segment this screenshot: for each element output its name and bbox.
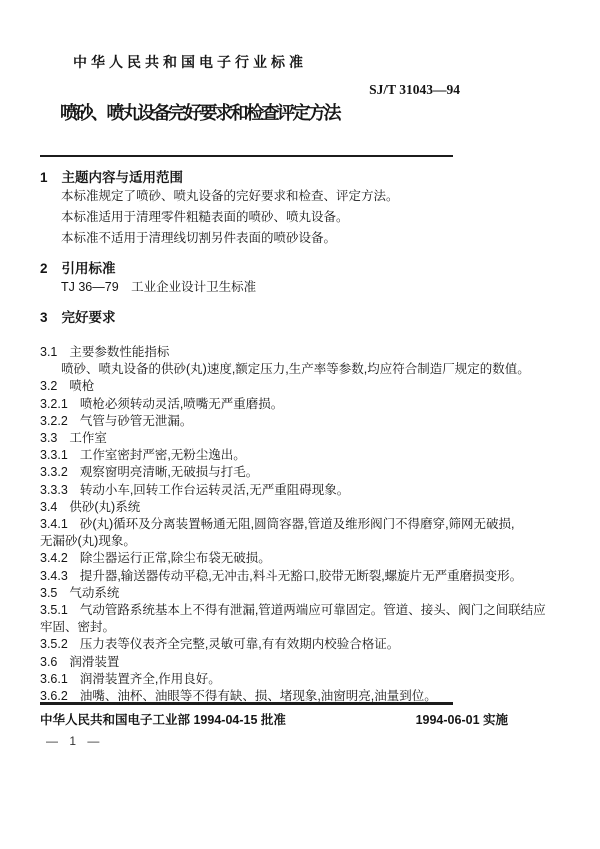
section-number: 3 <box>40 310 48 325</box>
document-title: 喷砂、喷丸设备完好要求和检查评定方法 <box>60 99 339 125</box>
document-page: 中华人民共和国电子行业标准 SJ/T 31043—94 喷砂、喷丸设备完好要求和… <box>0 0 600 849</box>
clause-number: 3.5 <box>40 586 57 600</box>
clause-3-5-1: 3.5.1气动管路系统基本上不得有泄漏,管道两端应可靠固定。管道、接头、阀门之间… <box>40 602 530 619</box>
clause-number: 3.3.2 <box>40 465 68 479</box>
clause-text: 润滑装置齐全,作用良好。 <box>80 672 221 686</box>
clause-3-6-1: 3.6.1润滑装置齐全,作用良好。 <box>40 671 530 688</box>
section-number: 1 <box>40 170 48 185</box>
clause-number: 3.4.1 <box>40 517 68 531</box>
clause-3-5-1-continuation: 牢固、密封。 <box>40 619 530 636</box>
footer-divider-rule <box>40 702 453 705</box>
clause-3-3-2: 3.3.2观察窗明亮清晰,无破损与打毛。 <box>40 464 530 481</box>
clause-number: 3.5.1 <box>40 603 68 617</box>
clause-number: 3.2.1 <box>40 397 68 411</box>
clause-3-1: 3.1主要参数性能指标 <box>40 344 530 361</box>
clause-paragraph: 喷砂、喷丸设备的供砂(丸)速度,额定压力,生产率等参数,均应符合制造厂规定的数值… <box>40 361 530 378</box>
approval-text: 中华人民共和国电子工业部 1994-04-15 批准 <box>40 710 286 728</box>
clause-number: 3.3.3 <box>40 483 68 497</box>
clause-text: 喷枪必须转动灵活,喷嘴无严重磨损。 <box>80 397 283 411</box>
clause-text: 气管与砂管无泄漏。 <box>80 414 193 428</box>
clause-text: 工作室 <box>69 431 107 445</box>
clause-number: 3.2.2 <box>40 414 68 428</box>
clause-3-4-1: 3.4.1砂(丸)循环及分离装置畅通无阻,圆筒容器,管道及维形阀门不得磨穿,筛网… <box>40 516 530 533</box>
clause-text: 转动小车,回转工作台运转灵活,无严重阻碍现象。 <box>80 483 349 497</box>
clause-text: 压力表等仪表齐全完整,灵敏可靠,有有效期内校验合格证。 <box>80 637 399 651</box>
clause-number: 3.4.2 <box>40 551 68 565</box>
clause-3-2-2: 3.2.2气管与砂管无泄漏。 <box>40 413 530 430</box>
paragraph: 本标准规定了喷砂、喷丸设备的完好要求和检查、评定方法。 <box>40 186 530 207</box>
clause-number: 3.6.1 <box>40 672 68 686</box>
section-heading-text: 完好要求 <box>62 310 116 325</box>
clause-3-2: 3.2喷枪 <box>40 378 530 395</box>
clause-text: 气动系统 <box>69 586 119 600</box>
clause-number: 3.6.2 <box>40 689 68 703</box>
clause-number: 3.4.3 <box>40 569 68 583</box>
clause-3-2-1: 3.2.1喷枪必须转动灵活,喷嘴无严重磨损。 <box>40 396 530 413</box>
clause-number: 3.5.2 <box>40 637 68 651</box>
clause-3-4-2: 3.4.2除尘器运行正常,除尘布袋无破损。 <box>40 550 530 567</box>
section-3-heading: 3完好要求 <box>40 309 530 326</box>
paragraph: 本标准不适用于清理线切割另件表面的喷砂设备。 <box>40 228 530 249</box>
paragraph: 本标准适用于清理零件粗糙表面的喷砂、喷丸设备。 <box>40 207 530 228</box>
standard-number: SJ/T 31043—94 <box>40 82 460 98</box>
clause-3-5-2: 3.5.2压力表等仪表齐全完整,灵敏可靠,有有效期内校验合格证。 <box>40 636 530 653</box>
clause-3-4-1-continuation: 无漏砂(丸)现象。 <box>40 533 530 550</box>
section-1-heading: 1主题内容与适用范围 <box>40 169 530 186</box>
section-heading-text: 引用标准 <box>62 261 116 276</box>
clause-text: 油嘴、油杯、油眼等不得有缺、损、堵现象,油窗明亮,油量到位。 <box>80 689 437 703</box>
clause-number: 3.3 <box>40 431 57 445</box>
clause-3-6: 3.6润滑装置 <box>40 654 530 671</box>
clause-text: 供砂(丸)系统 <box>69 500 140 514</box>
clause-3-5: 3.5气动系统 <box>40 585 530 602</box>
referenced-standard: TJ 36—79 工业企业设计卫生标准 <box>40 277 530 298</box>
clause-3-4: 3.4供砂(丸)系统 <box>40 499 530 516</box>
header-divider-rule <box>40 155 453 157</box>
footer: 中华人民共和国电子工业部 1994-04-15 批准 1994-06-01 实施 <box>40 710 508 728</box>
section-2-heading: 2引用标准 <box>40 260 530 277</box>
clause-text: 工作室密封严密,无粉尘逸出。 <box>80 448 246 462</box>
clause-number: 3.6 <box>40 655 57 669</box>
standard-type-heading: 中华人民共和国电子行业标准 <box>73 52 307 72</box>
clause-text: 除尘器运行正常,除尘布袋无破损。 <box>80 551 271 565</box>
clause-text: 观察窗明亮清晰,无破损与打毛。 <box>80 465 258 479</box>
clause-number: 3.4 <box>40 500 57 514</box>
clause-3-3-3: 3.3.3转动小车,回转工作台运转灵活,无严重阻碍现象。 <box>40 482 530 499</box>
clause-text: 砂(丸)循环及分离装置畅通无阻,圆筒容器,管道及维形阀门不得磨穿,筛网无破损, <box>80 517 515 531</box>
section-number: 2 <box>40 261 48 276</box>
clause-text: 气动管路系统基本上不得有泄漏,管道两端应可靠固定。管道、接头、阀门之间联结应 <box>80 603 546 617</box>
clause-3-3: 3.3工作室 <box>40 430 530 447</box>
clause-number: 3.1 <box>40 345 57 359</box>
section-heading-text: 主题内容与适用范围 <box>62 170 184 185</box>
clause-3-4-3: 3.4.3提升器,输送器传动平稳,无冲击,料斗无豁口,胶带无断裂,螺旋片无严重磨… <box>40 568 530 585</box>
clause-text: 喷枪 <box>69 379 94 393</box>
clause-number: 3.3.1 <box>40 448 68 462</box>
implementation-text: 1994-06-01 实施 <box>416 710 508 728</box>
clause-3-3-1: 3.3.1工作室密封严密,无粉尘逸出。 <box>40 447 530 464</box>
clause-text: 润滑装置 <box>69 655 119 669</box>
clause-text: 主要参数性能指标 <box>69 345 169 359</box>
page-number: — 1 — <box>46 734 103 748</box>
document-body: 1主题内容与适用范围 本标准规定了喷砂、喷丸设备的完好要求和检查、评定方法。 本… <box>40 158 530 705</box>
clause-number: 3.2 <box>40 379 57 393</box>
clause-text: 提升器,输送器传动平稳,无冲击,料斗无豁口,胶带无断裂,螺旋片无严重磨损变形。 <box>80 569 522 583</box>
